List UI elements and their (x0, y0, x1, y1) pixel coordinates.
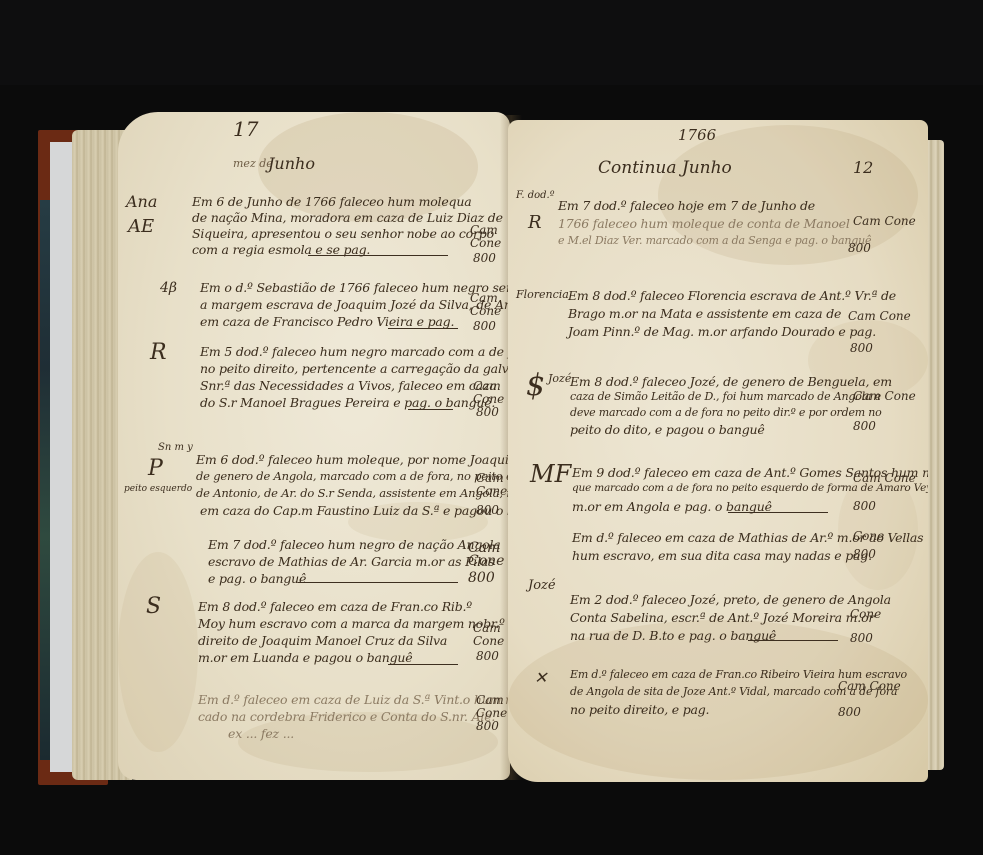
fee-label: Cam Cone (853, 390, 916, 403)
margin-mark: S (146, 594, 161, 619)
rule-line (298, 582, 458, 583)
fee-amount: 800 (473, 252, 496, 265)
margin-mark: R (150, 340, 167, 365)
entry-line: Moy hum escravo com a marca da margem no… (198, 616, 505, 631)
margin-name: Florencia (516, 288, 569, 301)
margin-mark: P (148, 456, 163, 481)
entry-line: Em 8 dod.º faleceo em caza de Fran.co Ri… (198, 599, 472, 614)
rule-line (308, 255, 448, 256)
fee-amount: 800 (476, 504, 499, 517)
rule-line (728, 512, 828, 513)
rule-line (388, 664, 458, 665)
margin-name: Jozé (548, 372, 571, 385)
entry-line: Em 5 dod.º faleceo hum negro marcado com… (200, 344, 510, 359)
entry-line: m.or em Luanda e pagou o banguê (198, 650, 412, 665)
entry-line: ex ... fez ... (228, 726, 294, 741)
entry-line: cado na cordebra Friderico e Conta do S.… (198, 709, 495, 724)
fee-amount: 800 (838, 706, 861, 719)
rule-line (748, 640, 838, 641)
cross-mark-icon: ✕ (534, 668, 547, 687)
fee-amount: 800 (476, 406, 499, 419)
entry-line: Em o d.º Sebastião de 1766 faleceo hum n… (200, 280, 510, 295)
entry-line: Brago m.or na Mata e assistente em caza … (568, 306, 841, 321)
entry-line: de genero de Angola, marcado com a de fo… (196, 469, 510, 483)
entry-line: peito do dito, e pagou o banguê (570, 422, 765, 437)
entry-line: Em 7 dod.º faleceo hoje em 7 de Junho de (558, 198, 815, 213)
margin-note: peito esquerdo (124, 484, 192, 494)
water-stain (118, 552, 198, 752)
margin-mark: 4β (160, 280, 177, 296)
entry-line: Em 2 dod.º faleceo Jozé, preto, de gener… (570, 592, 891, 607)
margin-mark: MF (530, 460, 571, 488)
right-page: 1766 Continua Junho 12 F. dod.º R Em 7 d… (508, 120, 928, 782)
fee-amount: 800 (476, 650, 499, 663)
entry-line: hum escravo, em sua dita casa may nadas … (572, 548, 872, 563)
entry-line: no peito direito, pertencente a carregaç… (200, 361, 510, 376)
entry-line: Joam Pinn.º de Mag. m.or arfando Dourado… (568, 324, 876, 339)
folio-number: 17 (233, 117, 258, 141)
margin-mark: R (528, 212, 542, 233)
fee-label: Cam Cone (848, 310, 911, 323)
fee-label: Cam Cone (853, 472, 916, 485)
fee-amount: 800 (850, 342, 873, 355)
fee-amount: 800 (853, 500, 876, 513)
entry-line: em caza de Francisco Pedro Vieira e pag. (200, 314, 454, 329)
entry-line: a margem escrava de Joaquim Jozé da Silv… (200, 297, 510, 312)
fee-label: Cone (853, 530, 884, 543)
fee-amount: 800 (853, 420, 876, 433)
entry-line: Em 8 dod.º faleceo Jozé, de genero de Be… (570, 374, 892, 389)
entry-line: de nação Mina, moradora em caza de Luiz … (192, 210, 503, 225)
photo-background-bottom (0, 790, 983, 855)
margin-mark: $ (526, 368, 545, 403)
entry-line: e M.el Diaz Ver. marcado com a da Senga … (558, 234, 871, 247)
fee-amount: 800 (848, 242, 871, 255)
fee-amount: 800 (473, 320, 496, 333)
entry-line: em caza do Cap.m Faustino Luiz da S.ª e … (200, 503, 510, 518)
entry-line: deve marcado com a de fora no peito dir.… (570, 406, 882, 419)
margin-note: F. dod.º (516, 190, 554, 201)
page-heading: Junho (268, 154, 315, 173)
heading-prefix: mez de (233, 157, 273, 170)
entry-line: no peito direito, e pag. (570, 702, 709, 717)
margin-name: Ana (126, 192, 157, 211)
entry-line: caza de Simão Leitão de D., foi hum marc… (570, 390, 881, 403)
margin-mark: AE (128, 216, 154, 237)
fee-amount: 800 (850, 632, 873, 645)
fee-amount: 800 (476, 720, 499, 733)
entry-line: de Antonio, de Ar. do S.r Senda, assiste… (196, 486, 510, 500)
left-page: 17 mez de Junho Ana AE Em 6 de Junho de … (118, 112, 510, 780)
page-heading: Continua Junho (598, 158, 732, 178)
fee-label: Cam Cone (838, 680, 901, 693)
year-heading: 1766 (678, 126, 716, 144)
entry-line: Em 7 dod.º faleceo hum negro de nação An… (208, 537, 501, 552)
entry-line: direito de Joaquim Manoel Cruz da Silva (198, 633, 447, 648)
margin-superscript: Sn m y (158, 442, 193, 453)
entry-line: escravo de Mathias de Ar. Garcia m.or as… (208, 554, 494, 569)
entry-line: Em 8 dod.º faleceo Florencia escrava de … (568, 288, 896, 303)
entry-line: do S.r Manoel Bragues Pereira e pag. o b… (200, 395, 495, 410)
entry-line: Snr.ª das Necessidades a Vivos, faleceo … (200, 378, 497, 393)
entry-line: 1766 faleceo hum moleque de conta de Man… (558, 216, 850, 231)
fee-amount: 800 (853, 548, 876, 561)
fee-label: Cam Cone (853, 215, 916, 228)
entry-line: na rua de D. B.to e pag. o banguê (570, 628, 776, 643)
entry-line: Em d.º faleceo em caza de Luiz da S.ª Vi… (198, 692, 510, 707)
fee-label: Cone (850, 608, 881, 621)
entry-line: Conta Sabelina, escr.ª de Ant.º Jozé Mor… (570, 610, 874, 625)
fee-amount: 800 (468, 572, 495, 585)
entry-line: Em 6 de Junho de 1766 faleceo hum molequ… (192, 194, 471, 209)
margin-name: Jozé (528, 578, 556, 593)
entry-line: e pag. o banguê (208, 571, 306, 586)
entry-line: Em 6 dod.º faleceo hum moleque, por nome… (196, 452, 510, 467)
photo-background-top (0, 0, 983, 85)
entry-line: Siqueira, apresentou o seu senhor nobe a… (192, 226, 494, 241)
folio-number: 12 (853, 158, 873, 177)
rule-line (388, 328, 458, 329)
rule-line (408, 409, 453, 410)
